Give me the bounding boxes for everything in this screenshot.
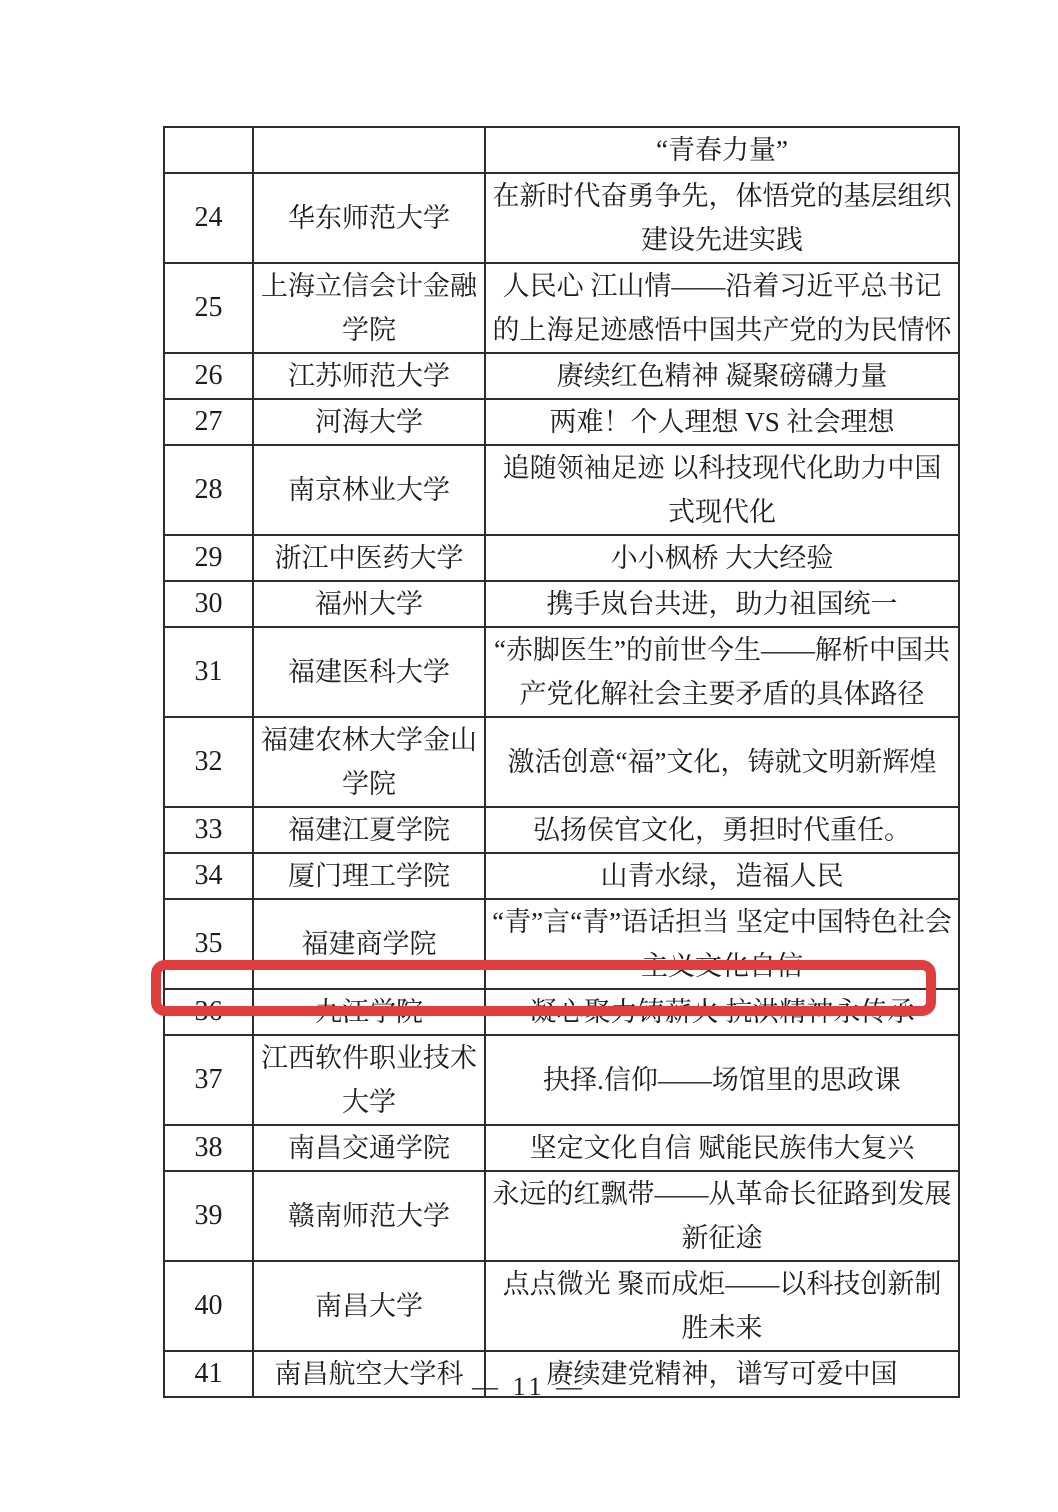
table-row: 40 南昌大学 点点微光 聚而成炬——以科技创新制胜未来 [164,1261,959,1351]
title-cell: 弘扬侯官文化，勇担时代重任。 [485,807,959,853]
row-number-cell: 35 [164,899,253,989]
table-row: 32 福建农林大学金山学院 激活创意“福”文化，铸就文明新辉煌 [164,717,959,807]
table-row: 26 江苏师范大学 赓续红色精神 凝聚磅礴力量 [164,353,959,399]
table-row: “青春力量” [164,127,959,173]
row-number-cell: 29 [164,535,253,581]
title-cell: 人民心 江山情——沿着习近平总书记的上海足迹感悟中国共产党的为民情怀 [485,263,959,353]
title-cell: 在新时代奋勇争先，体悟党的基层组织建设先进实践 [485,173,959,263]
title-cell: 山青水绿，造福人民 [485,853,959,899]
table-row: 25 上海立信会计金融学院 人民心 江山情——沿着习近平总书记的上海足迹感悟中国… [164,263,959,353]
school-cell: 南昌交通学院 [253,1125,485,1171]
school-cell: 厦门理工学院 [253,853,485,899]
school-cell: 江西软件职业技术大学 [253,1035,485,1125]
row-number-cell: 26 [164,353,253,399]
row-number-cell: 25 [164,263,253,353]
row-number-cell: 38 [164,1125,253,1171]
school-cell: 上海立信会计金融学院 [253,263,485,353]
row-number-cell: 36 [164,989,253,1035]
school-cell: 福建农林大学金山学院 [253,717,485,807]
title-cell: 赓续红色精神 凝聚磅礴力量 [485,353,959,399]
table-row: 33 福建江夏学院 弘扬侯官文化，勇担时代重任。 [164,807,959,853]
school-cell: 福建江夏学院 [253,807,485,853]
school-cell: 浙江中医药大学 [253,535,485,581]
table-row: 34 厦门理工学院 山青水绿，造福人民 [164,853,959,899]
table-row: 30 福州大学 携手岚台共进，助力祖国统一 [164,581,959,627]
school-cell [253,127,485,173]
school-cell: 福建医科大学 [253,627,485,717]
table-row: 29 浙江中医药大学 小小枫桥 大大经验 [164,535,959,581]
title-cell: “赤脚医生”的前世今生——解析中国共产党化解社会主要矛盾的具体路径 [485,627,959,717]
title-cell: 坚定文化自信 赋能民族伟大复兴 [485,1125,959,1171]
title-cell: 抉择.信仰——场馆里的思政课 [485,1035,959,1125]
title-cell: “青”言“青”语话担当 坚定中国特色社会主义文化自信 [485,899,959,989]
table-row: 35 福建商学院 “青”言“青”语话担当 坚定中国特色社会主义文化自信 [164,899,959,989]
school-cell: 赣南师范大学 [253,1171,485,1261]
title-cell: 永远的红飘带——从革命长征路到发展新征途 [485,1171,959,1261]
school-cell: 江苏师范大学 [253,353,485,399]
row-number-cell: 24 [164,173,253,263]
school-cell: 九江学院 [253,989,485,1035]
title-cell: 点点微光 聚而成炬——以科技创新制胜未来 [485,1261,959,1351]
school-cell: 华东师范大学 [253,173,485,263]
row-number-cell: 28 [164,445,253,535]
table-row: 39 赣南师范大学 永远的红飘带——从革命长征路到发展新征途 [164,1171,959,1261]
table-row: 28 南京林业大学 追随领袖足迹 以科技现代化助力中国式现代化 [164,445,959,535]
row-number-cell: 40 [164,1261,253,1351]
page-number: — 11 — [0,1372,1058,1402]
title-cell: 携手岚台共进，助力祖国统一 [485,581,959,627]
title-cell: 两难！个人理想 VS 社会理想 [485,399,959,445]
row-number-cell: 31 [164,627,253,717]
table-row: 27 河海大学 两难！个人理想 VS 社会理想 [164,399,959,445]
row-number-cell: 39 [164,1171,253,1261]
row-number-cell: 37 [164,1035,253,1125]
row-number-cell: 32 [164,717,253,807]
school-cell: 福建商学院 [253,899,485,989]
row-number-cell: 27 [164,399,253,445]
document-page: { "document": { "page_label": "— 11 —" }… [0,0,1058,1512]
title-cell: 凝心聚力铸薪火 抗洪精神永传承 [485,989,959,1035]
row-number-cell: 30 [164,581,253,627]
table-row highlighted-row: 36 九江学院 凝心聚力铸薪火 抗洪精神永传承 [164,989,959,1035]
row-number-cell: 34 [164,853,253,899]
title-cell: “青春力量” [485,127,959,173]
school-cell: 南昌大学 [253,1261,485,1351]
table-row: 38 南昌交通学院 坚定文化自信 赋能民族伟大复兴 [164,1125,959,1171]
table-row: 37 江西软件职业技术大学 抉择.信仰——场馆里的思政课 [164,1035,959,1125]
table-row: 31 福建医科大学 “赤脚医生”的前世今生——解析中国共产党化解社会主要矛盾的具… [164,627,959,717]
row-number-cell: 33 [164,807,253,853]
school-cell: 河海大学 [253,399,485,445]
title-cell: 小小枫桥 大大经验 [485,535,959,581]
awards-table: “青春力量” 24 华东师范大学 在新时代奋勇争先，体悟党的基层组织建设先进实践… [163,126,960,1398]
table-row: 24 华东师范大学 在新时代奋勇争先，体悟党的基层组织建设先进实践 [164,173,959,263]
title-cell: 激活创意“福”文化，铸就文明新辉煌 [485,717,959,807]
school-cell: 福州大学 [253,581,485,627]
school-cell: 南京林业大学 [253,445,485,535]
title-cell: 追随领袖足迹 以科技现代化助力中国式现代化 [485,445,959,535]
row-number-cell [164,127,253,173]
